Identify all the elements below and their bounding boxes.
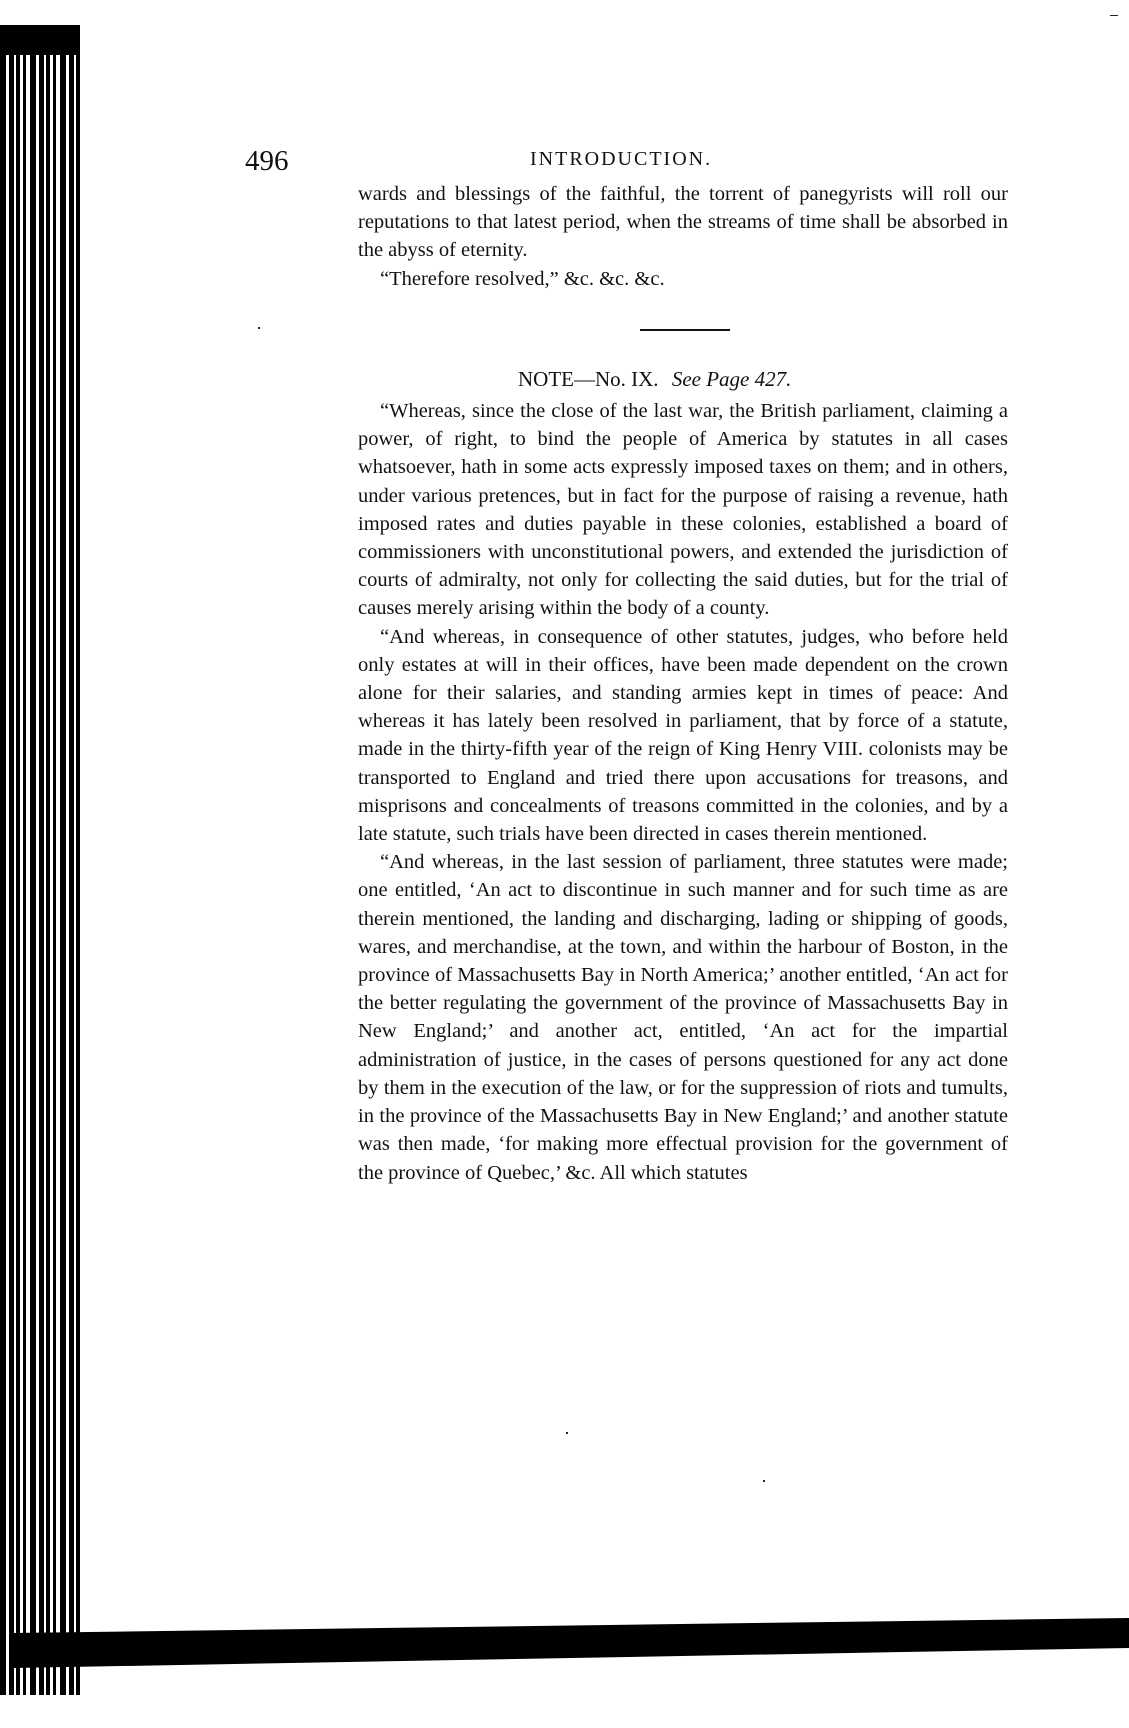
scan-bottom-shadow [12,1618,1129,1668]
continuation-closing: “Therefore resolved,” &c. &c. &c. [358,265,1008,293]
note-paragraph: “Whereas, since the close of the last wa… [358,397,1008,623]
note-paragraph: “And whereas, in the last session of par… [358,848,1008,1186]
book-binding-edge [0,25,80,1695]
scan-speck [763,1480,765,1482]
continuation-text: wards and blessings of the faithful, the… [358,180,1008,265]
note-heading: NOTE—No. IX. See Page 427. [518,365,1008,393]
section-divider [640,329,730,331]
scan-speck [566,1432,568,1434]
note-page-reference: See Page 427. [672,367,792,391]
note-paragraph: “And whereas, in consequence of other st… [358,623,1008,849]
page-body: wards and blessings of the faithful, the… [358,180,1008,1187]
running-head: INTRODUCTION. [530,148,712,171]
note-title: NOTE—No. IX. [518,367,659,391]
scan-speck [258,327,260,329]
page-number: 496 [245,145,289,178]
scan-speck [1110,15,1118,16]
